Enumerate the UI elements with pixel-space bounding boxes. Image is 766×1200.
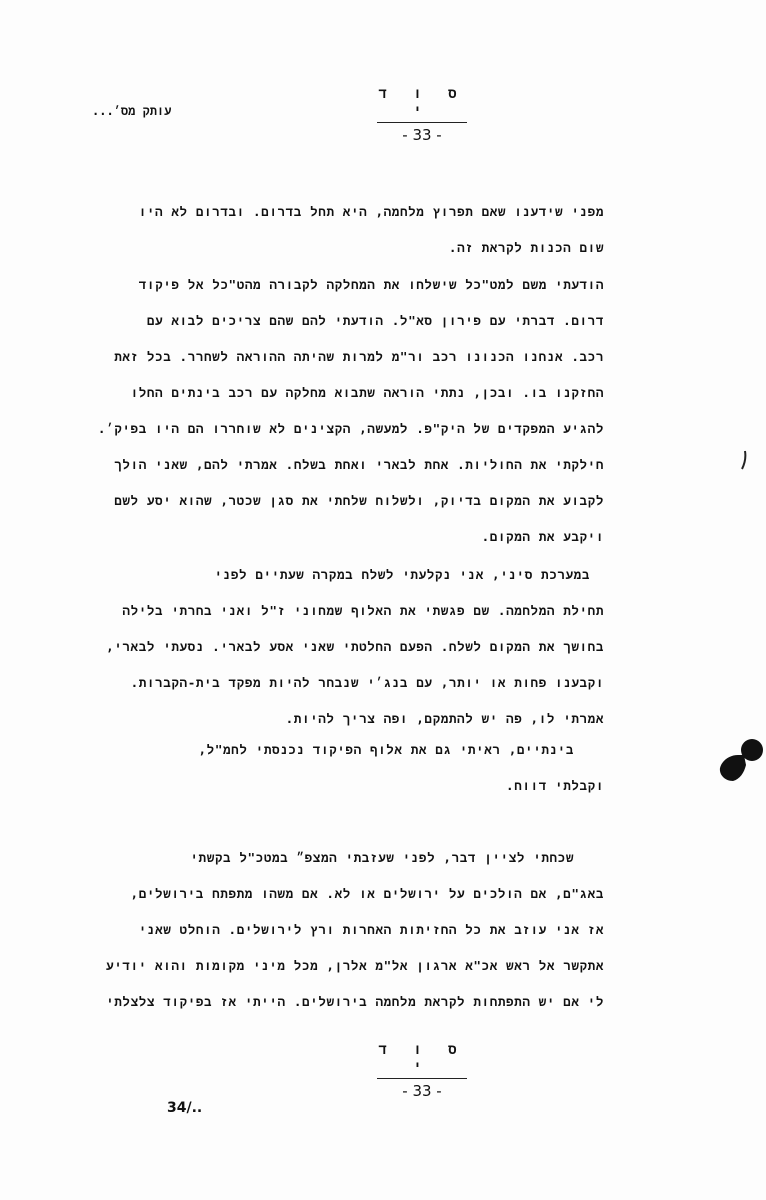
text-line: שכחתי לציין דבר, לפני שעזבתי המצפ״ במטכ"… xyxy=(190,850,574,866)
footer-classification-block: ס ו ד י - 33 - xyxy=(377,1042,467,1100)
text-line: חילקתי את החוליות. אחת לבארי ואחת בשלח. … xyxy=(114,457,604,473)
text-line: להגיע המפקדים של היק"פ. למעשה, הקצינים ל… xyxy=(98,421,604,437)
footer-page-number: - 33 - xyxy=(377,1082,467,1100)
text-line: מפני שידענו שאם תפרוץ מלחמה, היא תחל בדר… xyxy=(139,204,604,220)
text-line: וקבלתי דווח. xyxy=(506,778,604,794)
text-line: אמרתי לו, פה יש להתמקם, ופה צריך להיות. xyxy=(286,711,604,727)
next-page-continuation: 34/.. xyxy=(167,1100,202,1116)
header-page-number: - 33 - xyxy=(377,126,467,144)
text-line: אתקשר אל ראש אכ"א ארגון אל"מ אלרן, מכל מ… xyxy=(106,958,604,974)
text-line: דרום. דברתי עם פירון סא"ל. הודעתי להם שה… xyxy=(147,313,604,329)
text-line: החזקנו בו. ובכן, נתתי הוראה שתבוא מחלקה … xyxy=(131,385,604,401)
text-line: אז אני עוזב את כל החזיתות האחרות ורץ ליר… xyxy=(139,922,604,938)
footer-classification-stamp: ס ו ד י xyxy=(377,1042,467,1079)
text-line: וקבענו פחות או יותר, עם בנג׳י שנבחר להיו… xyxy=(131,675,604,691)
text-line: במערכת סיני, אני נקלעתי לשלח במקרה שעתיי… xyxy=(215,567,590,583)
margin-mark-icon xyxy=(741,450,747,470)
ink-blot-icon xyxy=(716,735,766,787)
header-classification-stamp: ס ו ד י xyxy=(377,86,467,123)
copy-number-note: עותק מס׳... xyxy=(92,104,171,119)
text-line: שום הכנות לקראת זה. xyxy=(449,240,604,256)
text-line: תחילת המלחמה. שם פגשתי את האלוף שמחוני ז… xyxy=(122,603,604,619)
text-line: לי אם יש התפתחות לקראת מלחמה בירושלים. ה… xyxy=(106,994,604,1010)
text-line: לקבוע את המקום בדיוק, ולשלוח שלחתי את סג… xyxy=(114,493,604,509)
text-line: ויקבע את המקום. xyxy=(482,529,604,545)
text-line: הודעתי משם למט"כל שישלחו את המחלקה לקבור… xyxy=(139,277,604,293)
text-line: בחושך את המקום לשלח. הפעם החלטתי שאני אס… xyxy=(106,639,604,655)
document-page: ס ו ד י - 33 - עותק מס׳... מפני שידענו ש… xyxy=(0,0,766,1200)
text-line: בינתיים, ראיתי גם את אלוף הפיקוד נכנסתי … xyxy=(199,742,575,758)
text-line: רכב. אנחנו הכנונו רכב ור"מ למרות שהיתה ה… xyxy=(114,349,604,365)
text-line: באג"ם, אם הולכים על ירושלים או לא. אם מש… xyxy=(131,886,604,902)
header-classification-block: ס ו ד י - 33 - xyxy=(377,86,467,144)
